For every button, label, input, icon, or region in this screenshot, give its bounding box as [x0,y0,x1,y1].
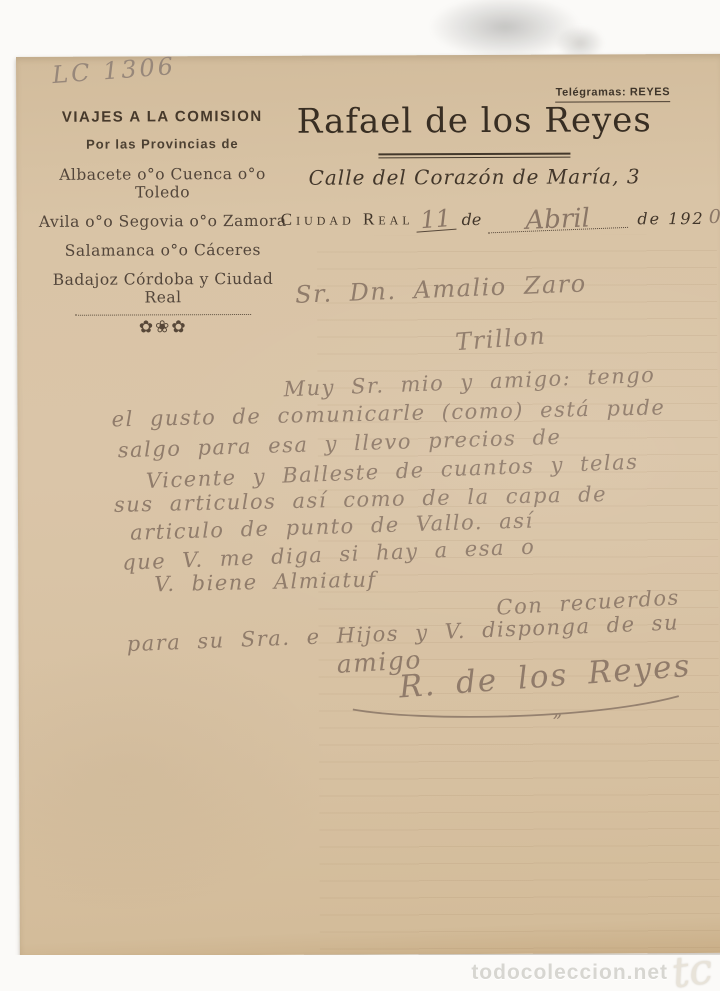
letterhead-address: Calle del Corazón de María, 3 [266,164,682,190]
dateline-city: Ciudad Real [281,209,414,232]
dateline: Ciudad Real 11 de Abril de 192 0 [281,206,720,232]
sidebar-subtitle: Por las Provincias de [34,136,290,152]
dateline-de: de [462,210,482,229]
name-double-underline [378,153,570,159]
sidebar-title: VIAJES A LA COMISION [34,108,290,126]
dateline-day-handwritten: 11 [415,207,457,233]
letterhead-name: Rafael de los Reyes [274,100,674,142]
province-line: Albacete o°o Cuenca o°o Toledo [34,165,290,202]
todocoleccion-logo-icon: tc [668,943,715,991]
letter-paper: LC 1306 Telégramas: REYES VIAJES A LA CO… [16,54,720,956]
province-line: Salamanca o°o Cáceres [35,241,291,260]
body-line: V. biene Almiatuf [154,567,377,596]
scanned-letter-photo: LC 1306 Telégramas: REYES VIAJES A LA CO… [0,0,720,991]
province-line: Badajoz Córdoba y Ciudad Real [35,270,291,307]
dateline-year-digit-handwritten: 0 [709,206,720,228]
ornament-rule [75,314,251,316]
signature-mark: „ [553,701,564,722]
inventory-code: LC 1306 [51,52,177,89]
dateline-month-handwritten: Abril [487,207,628,233]
province-line: Avila o°o Segovia o°o Zamora [35,212,291,231]
provinces-list: Albacete o°o Cuenca o°o Toledo Avila o°o… [34,165,291,307]
signature-flourish [349,690,699,722]
dateline-de-year: de 192 [637,209,704,228]
floral-fleuron-icon: ✿❀✿ [35,317,291,338]
watermark-text: todocoleccion.net [471,961,668,985]
provinces-box: VIAJES A LA COMISION Por las Provincias … [34,108,291,338]
